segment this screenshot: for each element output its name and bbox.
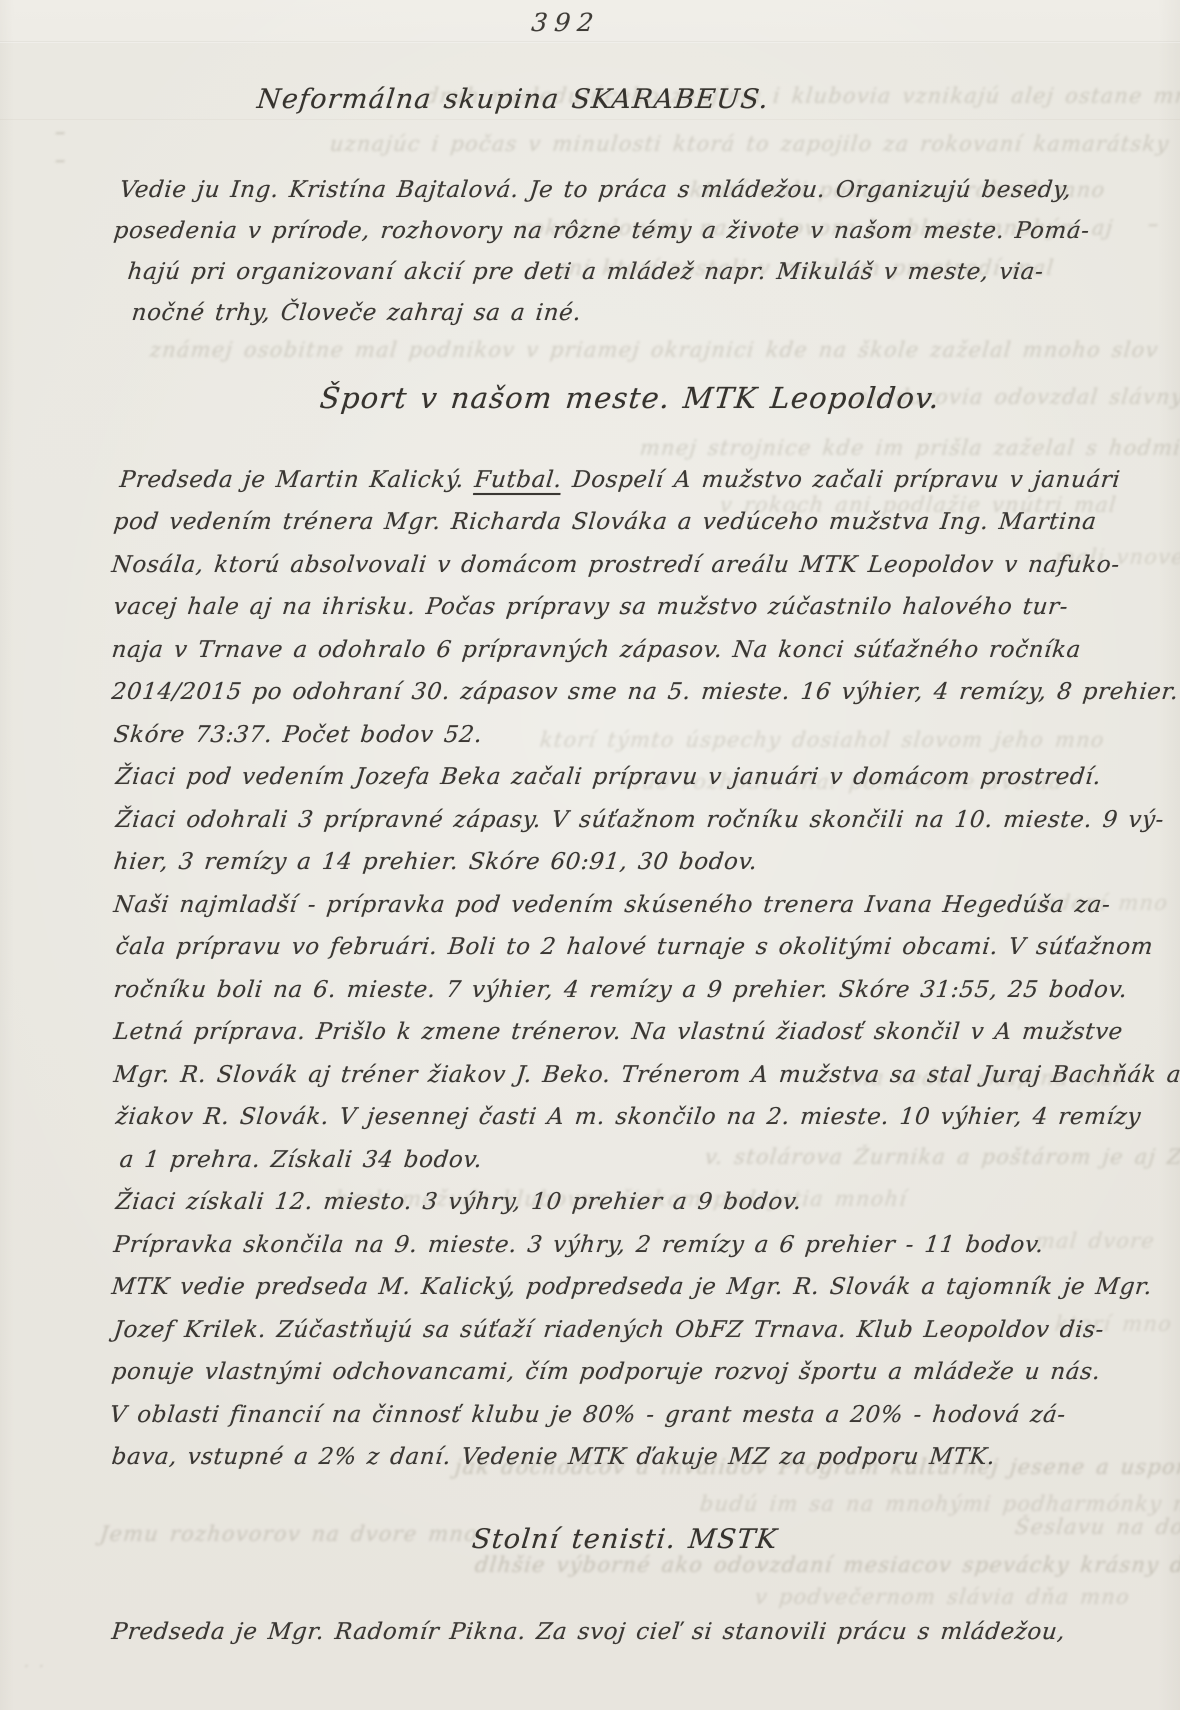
text-line: Prípravka skončila na 9. mieste. 3 výhry… — [112, 1228, 1046, 1262]
text-line: nočné trhy, Človeče zahraj sa a iné. — [130, 296, 583, 330]
text-line: ročníku boli na 6. mieste. 7 výhier, 4 r… — [112, 973, 1129, 1007]
text-line: Letná príprava. Prišlo k zmene trénerov.… — [112, 1015, 1125, 1049]
text-line: čala prípravu vo februári. Boli to 2 hal… — [114, 930, 1155, 964]
chronicle-page: druh nasledujúceho zaujíma i klubovia vz… — [0, 0, 1180, 1710]
text-line: V oblasti financií na činnosť klubu je 8… — [108, 1398, 1068, 1432]
ghost-text: – — [54, 119, 68, 145]
text-line: hier, 3 remízy a 14 prehier. Skóre 60:91… — [112, 845, 759, 879]
ghost-text: – — [54, 147, 68, 173]
text-line: Nosála, ktorú absolvovali v domácom pros… — [110, 548, 1122, 582]
text-line: Mgr. R. Slovák aj tréner žiakov J. Beko.… — [112, 1058, 1180, 1092]
text-line: Žiaci získali 12. miesto. 3 výhry, 10 pr… — [114, 1185, 803, 1219]
text-segment: Predseda je Martin Kalický. — [118, 467, 476, 493]
ghost-text: Šeslavu na dome — [1014, 1514, 1180, 1540]
ghost-text: v. stolárova Žurnika a poštárom je aj Zá… — [704, 1144, 1180, 1170]
ghost-text: mal dvore — [1034, 1228, 1157, 1254]
text-line: a 1 prehra. Získali 34 bodov. — [118, 1143, 484, 1177]
text-line: Predseda je Martin Kalický. Futbal. Dosp… — [118, 463, 1122, 497]
text-line: Predseda je Mgr. Radomír Pikna. Za svoj … — [110, 1615, 1067, 1649]
text-line: pod vedením trénera Mgr. Richarda Slovák… — [112, 505, 1098, 539]
text-line: Žiaci odohrali 3 prípravné zápasy. V súť… — [114, 803, 1166, 837]
text-line: Naši najmladší - prípravka pod vedením s… — [112, 888, 1112, 922]
text-line: Skóre 73:37. Počet bodov 52. — [112, 718, 484, 752]
text-line: hajú pri organizovaní akcií pre deti a m… — [126, 255, 1045, 289]
text-line: Žiaci pod vedením Jozefa Beka začali prí… — [114, 760, 1103, 794]
ghost-text: Jemu rozhovorov na dvore mno — [99, 1521, 480, 1547]
ghost-text: uznajúc i počas v minulosti ktorá to zap… — [329, 131, 1171, 157]
ghost-text: mnej strojnice kde im prišla zaželal s h… — [639, 435, 1180, 461]
underlined-word-futbal: Futbal. — [473, 467, 563, 493]
text-segment: Dospelí A mužstvo začali prípravu v janu… — [561, 467, 1122, 493]
ghost-text: v podvečernom slávia dňa mno — [754, 1584, 1132, 1610]
text-line: 2014/2015 po odohraní 30. zápasov sme na… — [110, 675, 1180, 709]
text-line: ponuje vlastnými odchovancami, čím podpo… — [110, 1355, 1102, 1389]
paper-crease — [0, 41, 1180, 43]
text-line: bava, vstupné a 2% z daní. Vedenie MTK ď… — [110, 1440, 997, 1474]
section-heading-skarabeus: Neformálna skupina SKARABEUS. — [255, 80, 771, 120]
text-line: vacej hale aj na ihrisku. Počas prípravy… — [112, 590, 1070, 624]
page-number: 392 — [530, 8, 602, 38]
text-line: naja v Trnave a odohralo 6 prípravných z… — [110, 633, 1083, 667]
text-line: Vedie ju Ing. Kristína Bajtalová. Je to … — [118, 173, 1073, 207]
text-line: žiakov R. Slovák. V jesennej časti A m. … — [114, 1100, 1143, 1134]
section-heading-stolny-tenis: Stolní tenisti. MSTK — [470, 1520, 780, 1560]
text-line: posedenia v prírode, rozhovory na rôzne … — [112, 214, 1091, 248]
ghost-text: budú im sa na mnohými podharmónky mal — [699, 1491, 1180, 1517]
ghost-text: · · — [23, 1653, 47, 1679]
ghost-text: ktorí týmto úspechy dosiahol slovom jeho… — [539, 727, 1106, 753]
text-line: Jozef Krilek. Zúčastňujú sa súťaží riade… — [112, 1313, 1106, 1347]
ghost-text: – — [1147, 211, 1161, 237]
text-line: MTK vedie predseda M. Kalický, podpredse… — [110, 1270, 1154, 1304]
section-heading-sport: Šport v našom meste. MTK Leopoldov. — [318, 378, 942, 418]
ghost-text: známej osobitne mal podnikov v priamej o… — [149, 337, 1160, 363]
